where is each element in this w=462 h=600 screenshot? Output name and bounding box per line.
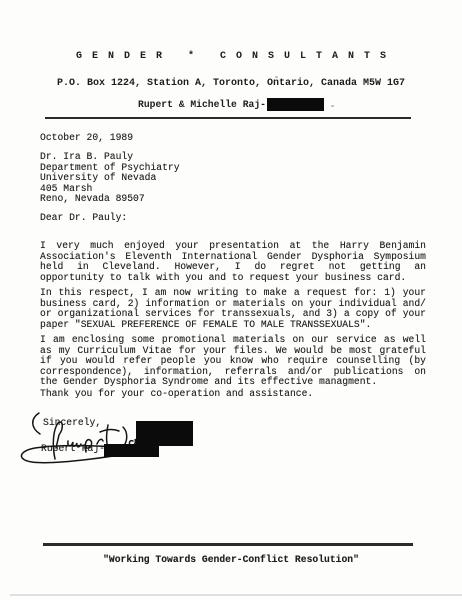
body-line: paper "SEXUAL PREFERENCE OF FEMALE TO MA… [40,320,426,331]
org-name: GENDER * CONSULTANTS [0,51,462,62]
date-line: October 20, 1989 [40,133,426,144]
body-line: opportunity to talk with you and to requ… [40,273,426,284]
paragraph-1: I very much enjoyed your presentation at… [40,241,426,283]
redaction-box-signature-lower [104,444,159,457]
recipient-line: University of Nevada [40,173,426,184]
body-line: In this respect, I am now writing to mak… [40,288,426,299]
footer-divider [43,543,413,546]
letter-page: GENDER * CONSULTANTS P.O. Box 1224, Stat… [0,0,462,600]
letterhead-divider [45,117,411,119]
body-line: I am enclosing some promotional material… [40,335,426,346]
letterhead-principals: Rupert & Michelle Raj- [0,97,462,112]
recipient-line: Dr. Ira B. Pauly [40,152,426,163]
footer-slogan: "Working Towards Gender-Conflict Resolut… [0,554,462,565]
paragraph-3: I am enclosing some promotional material… [40,335,426,388]
redaction-box-principals [267,98,324,111]
paragraph-2: In this respect, I am now writing to mak… [40,288,426,330]
scan-speck [275,76,278,78]
recipient-line: Reno, Nevada 89507 [40,194,426,205]
letterhead-address: P.O. Box 1224, Station A, Toronto, Ontar… [0,78,462,89]
redaction-box-signature-upper [136,421,193,446]
body-line: I very much enjoyed your presentation at… [40,241,426,252]
body-line: the Gender Dysphoria Syndrome and its ef… [40,377,426,388]
principals-text: Rupert & Michelle Raj- [138,99,266,110]
scan-speck [331,105,334,107]
salutation: Dear Dr. Pauly: [40,213,426,224]
recipient-address: Dr. Ira B. Pauly Department of Psychiatr… [40,152,426,205]
scan-edge-artifact [10,594,462,596]
closing-line: Thank you for your co-operation and assi… [40,389,426,400]
